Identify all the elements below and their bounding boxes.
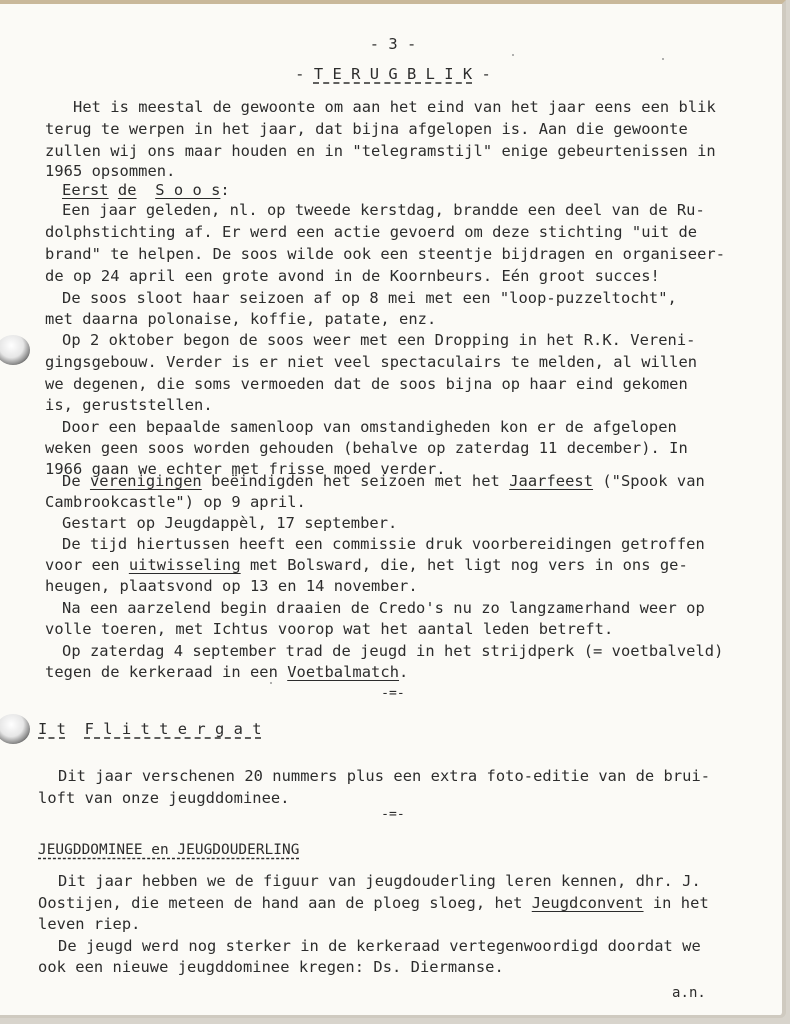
verenigingen-line-9: Op zaterdag 4 september trad de jeugd in… [62,641,723,661]
flittergat-heading-b: F l i t t e r g a t [85,720,262,738]
verenigingen-line-10: tegen de kerkeraad in een Voetbalmatch. [45,662,408,682]
page-number: - 3 - [0,34,786,54]
text: De [62,472,90,490]
voetbalmatch-underlined: Voetbalmatch [287,663,399,681]
jeugd-line-3: leven riep. [38,914,140,934]
title-text: T E R U G B L I K [314,65,472,83]
intro-line-1: Het is meestal de gewoonte om aan het ei… [73,97,716,117]
document-page: - 3 - - T E R U G B L I K - Het is meest… [0,0,786,1018]
verenigingen-line-3: Gestart op Jeugdappèl, 17 september. [62,513,397,533]
flittergat-line-1: Dit jaar verschenen 20 nummers plus een … [58,766,710,786]
paper-speck [270,682,272,684]
punch-hole-icon [0,335,30,365]
soos-heading-part-2: de [118,181,137,199]
verenigingen-line-6: heugen, plaatsvond op 13 en 14 november. [45,576,418,596]
jeugd-line-2: Oostijen, die meteen de hand aan de ploe… [38,893,709,913]
soos-heading-part-1: Eerst [62,181,109,199]
soos-line-1: Een jaar geleden, nl. op tweede kerstdag… [62,200,705,220]
text: tegen de kerkeraad in een [45,663,287,681]
intro-line-2: terug te werpen in het jaar, dat bijna a… [45,119,688,139]
soos-line-11: Door een bepaalde samenloop van omstandi… [62,417,677,437]
verenigingen-underlined: verenigingen [90,472,202,490]
verenigingen-line-7: Na een aarzelend begin draaien de Credo'… [62,598,705,618]
soos-line-5: De soos sloot haar seizoen af op 8 mei m… [62,288,677,308]
verenigingen-line-5: voor een uitwisseling met Bolsward, die,… [45,555,688,575]
text: beëindigden het seizoen met het [202,472,509,490]
verenigingen-line-2: Cambrookcastle") op 9 april. [45,492,306,512]
verenigingen-line-4: De tijd hiertussen heeft een commissie d… [62,534,705,554]
jeugdconvent-underlined: Jeugdconvent [532,894,644,912]
separator-2: -=- [0,805,786,825]
jeugd-line-5: ook een nieuwe jeugddominee kregen: Ds. … [38,957,504,977]
soos-line-7: Op 2 oktober begon de soos weer met een … [62,330,695,350]
soos-heading-part-3: S o o s [155,181,220,199]
verenigingen-line-8: volle toeren, met Ichtus voorop wat het … [45,619,613,639]
signature: a.n. [672,983,706,1003]
jeugd-line-4: De jeugd werd nog sterker in de kerkeraa… [58,936,701,956]
soos-line-8: gingsgebouw. Verder is er niet veel spec… [45,352,697,372]
uitwisseling-underlined: uitwisseling [129,556,241,574]
intro-line-4: 1965 opsommen. [45,161,175,181]
text: Oostijen, die meteen de hand aan de ploe… [38,894,532,912]
jeugd-line-1: Dit jaar hebben we de figuur van jeugdou… [58,871,701,891]
soos-line-6: met daarna polonaise, koffie, patate, en… [45,309,436,329]
flittergat-heading-a: I t [38,720,66,738]
paper-speck [512,54,514,56]
soos-heading-colon: : [220,181,229,199]
jaarfeest-underlined: Jaarfeest [509,472,593,490]
punch-hole-icon [0,714,30,744]
text: voor een [45,556,129,574]
soos-heading: Eerst de S o o s: [62,180,230,200]
verenigingen-line-1: De verenigingen beëindigden het seizoen … [62,471,705,491]
soos-line-9: we degenen, die soms vermoeden dat de so… [45,374,688,394]
flittergat-heading: I t F l i t t e r g a t [38,719,262,739]
jeugd-heading-text: JEUGDDOMINEE en JEUGDOUDERLING [38,842,299,858]
paper-speck [662,58,664,60]
text: met Bolsward, die, het ligt nog vers in … [241,556,688,574]
soos-line-2: dolphstichting af. Er werd een actie gev… [45,222,697,242]
text: . [399,663,408,681]
soos-line-12: weken geen soos worden gehouden (behalve… [45,438,688,458]
separator-1: -=- [0,684,786,704]
text: ("Spook van [593,472,705,490]
page-title: - T E R U G B L I K - [0,64,786,84]
soos-line-10: is, geruststellen. [45,395,213,415]
soos-line-3: brand" te helpen. De soos wilde ook een … [45,244,725,264]
jeugd-heading: JEUGDDOMINEE en JEUGDOUDERLING [38,840,299,860]
text: in het [644,894,709,912]
intro-line-3: zullen wij ons maar houden en in "telegr… [45,141,716,161]
soos-line-4: de op 24 april een grote avond in de Koo… [45,266,660,286]
